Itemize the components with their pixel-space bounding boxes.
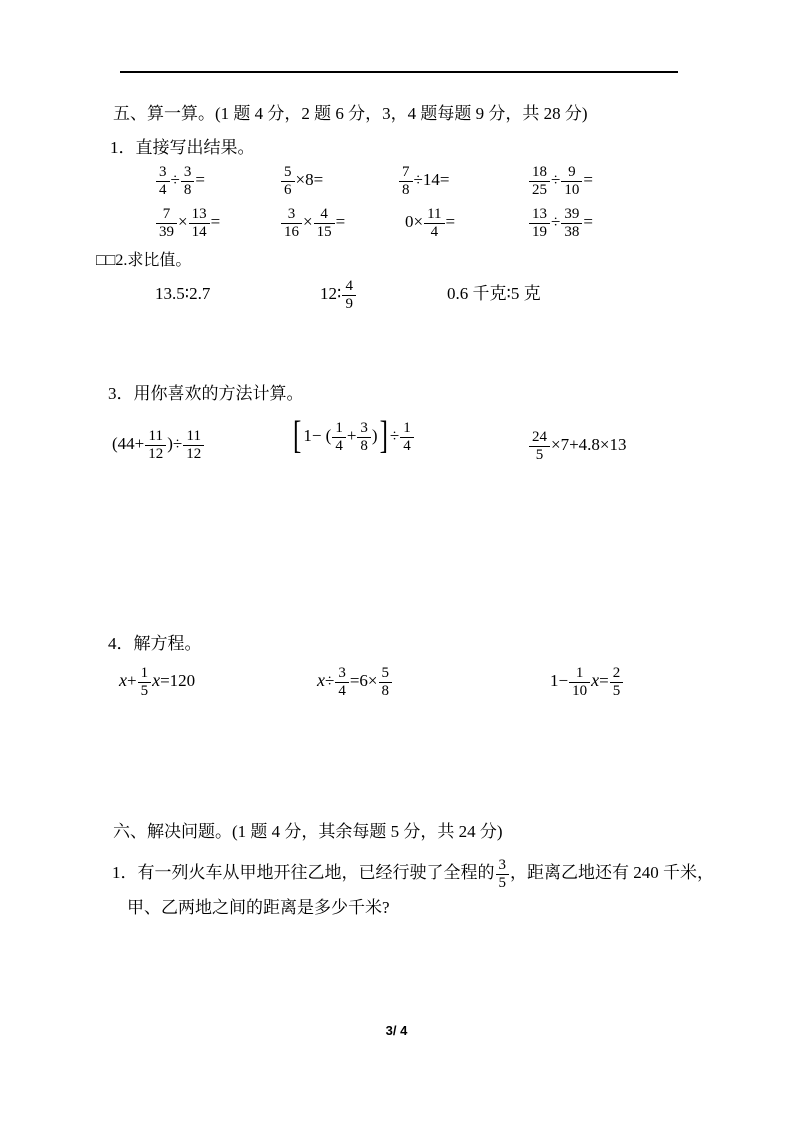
fraction: 35 — [496, 857, 510, 892]
fraction: 49 — [342, 278, 356, 313]
section5-q2-label: □□2.求比值。 — [96, 251, 191, 271]
fraction: 14 — [332, 420, 346, 455]
math-variable: x — [591, 670, 599, 690]
fraction: 316 — [281, 206, 302, 241]
big-bracket: [ — [293, 406, 301, 468]
section5-q4-label: 4．解方程。 — [108, 634, 202, 654]
fraction: 910 — [561, 164, 582, 199]
fraction: 245 — [529, 429, 550, 464]
fraction: 3938 — [561, 206, 582, 241]
math-expression: x+15x=120 — [119, 662, 195, 699]
section5-q1-label: 1．直接写出结果。 — [110, 138, 255, 158]
fraction: 56 — [281, 164, 295, 199]
math-expression: 34÷38= — [155, 161, 205, 199]
fraction: 15 — [138, 665, 152, 700]
math-expression: [1− (14+38)]÷14 — [291, 416, 415, 457]
math-expression: 1319÷3938= — [528, 203, 593, 241]
fraction: 34 — [335, 665, 349, 700]
big-bracket: ] — [380, 406, 388, 468]
math-variable: x — [317, 670, 325, 690]
fraction: 14 — [400, 420, 414, 455]
page-number: 3/ 4 — [0, 1023, 793, 1038]
fraction: 25 — [610, 665, 624, 700]
section6-q1-line2: 甲、乙两地之间的距离是多少千米? — [127, 898, 390, 918]
fraction: 114 — [424, 206, 444, 241]
fraction: 78 — [399, 164, 413, 199]
fraction: 1314 — [189, 206, 210, 241]
math-expression: 1825÷910= — [528, 161, 593, 199]
fraction: 38 — [181, 164, 195, 199]
fraction: 1112 — [183, 428, 204, 463]
worksheet-page: 五、算一算。(1 题 4 分，2 题 6 分，3，4 题每题 9 分，共 28 … — [0, 0, 793, 1122]
fraction: 1825 — [529, 164, 550, 199]
top-divider — [120, 71, 678, 73]
fraction: 58 — [379, 665, 393, 700]
fraction: 110 — [569, 665, 590, 700]
math-expression: 316×415= — [280, 203, 345, 241]
math-expression: 56×8= — [280, 161, 323, 199]
fraction: 34 — [156, 164, 170, 199]
math-expression: 245×7+4.8×13 — [528, 426, 627, 464]
math-expression: 78÷14= — [398, 161, 449, 199]
fraction: 1112 — [145, 428, 166, 463]
fraction: 415 — [314, 206, 335, 241]
math-expression: 12∶49 — [320, 275, 357, 313]
math-expression: (44+1112)÷1112 — [112, 424, 205, 464]
section5-heading: 五、算一算。(1 题 4 分，2 题 6 分，3，4 题每题 9 分，共 28 … — [113, 104, 588, 124]
math-expression: 739×1314= — [155, 203, 220, 241]
section6-heading: 六、解决问题。(1 题 4 分，其余每题 5 分，共 24 分) — [113, 822, 503, 842]
section6-q1-line1: 1．有一列火车从甲地开往乙地，已经行驶了全程的35，距离乙地还有 240 千米， — [112, 851, 714, 895]
math-expression: 13.5∶2.7 — [155, 275, 210, 313]
math-expression: x÷34=6×58 — [317, 662, 393, 699]
fraction: 38 — [357, 420, 371, 455]
math-variable: x — [152, 670, 160, 690]
math-variable: x — [119, 670, 127, 690]
section5-q3-label: 3．用你喜欢的方法计算。 — [108, 384, 304, 404]
math-expression: 0.6 千克∶5 克 — [447, 275, 541, 313]
math-expression: 0×114= — [405, 203, 455, 241]
fraction: 739 — [156, 206, 177, 241]
fraction: 1319 — [529, 206, 550, 241]
math-expression: 1−110x=25 — [550, 662, 624, 699]
